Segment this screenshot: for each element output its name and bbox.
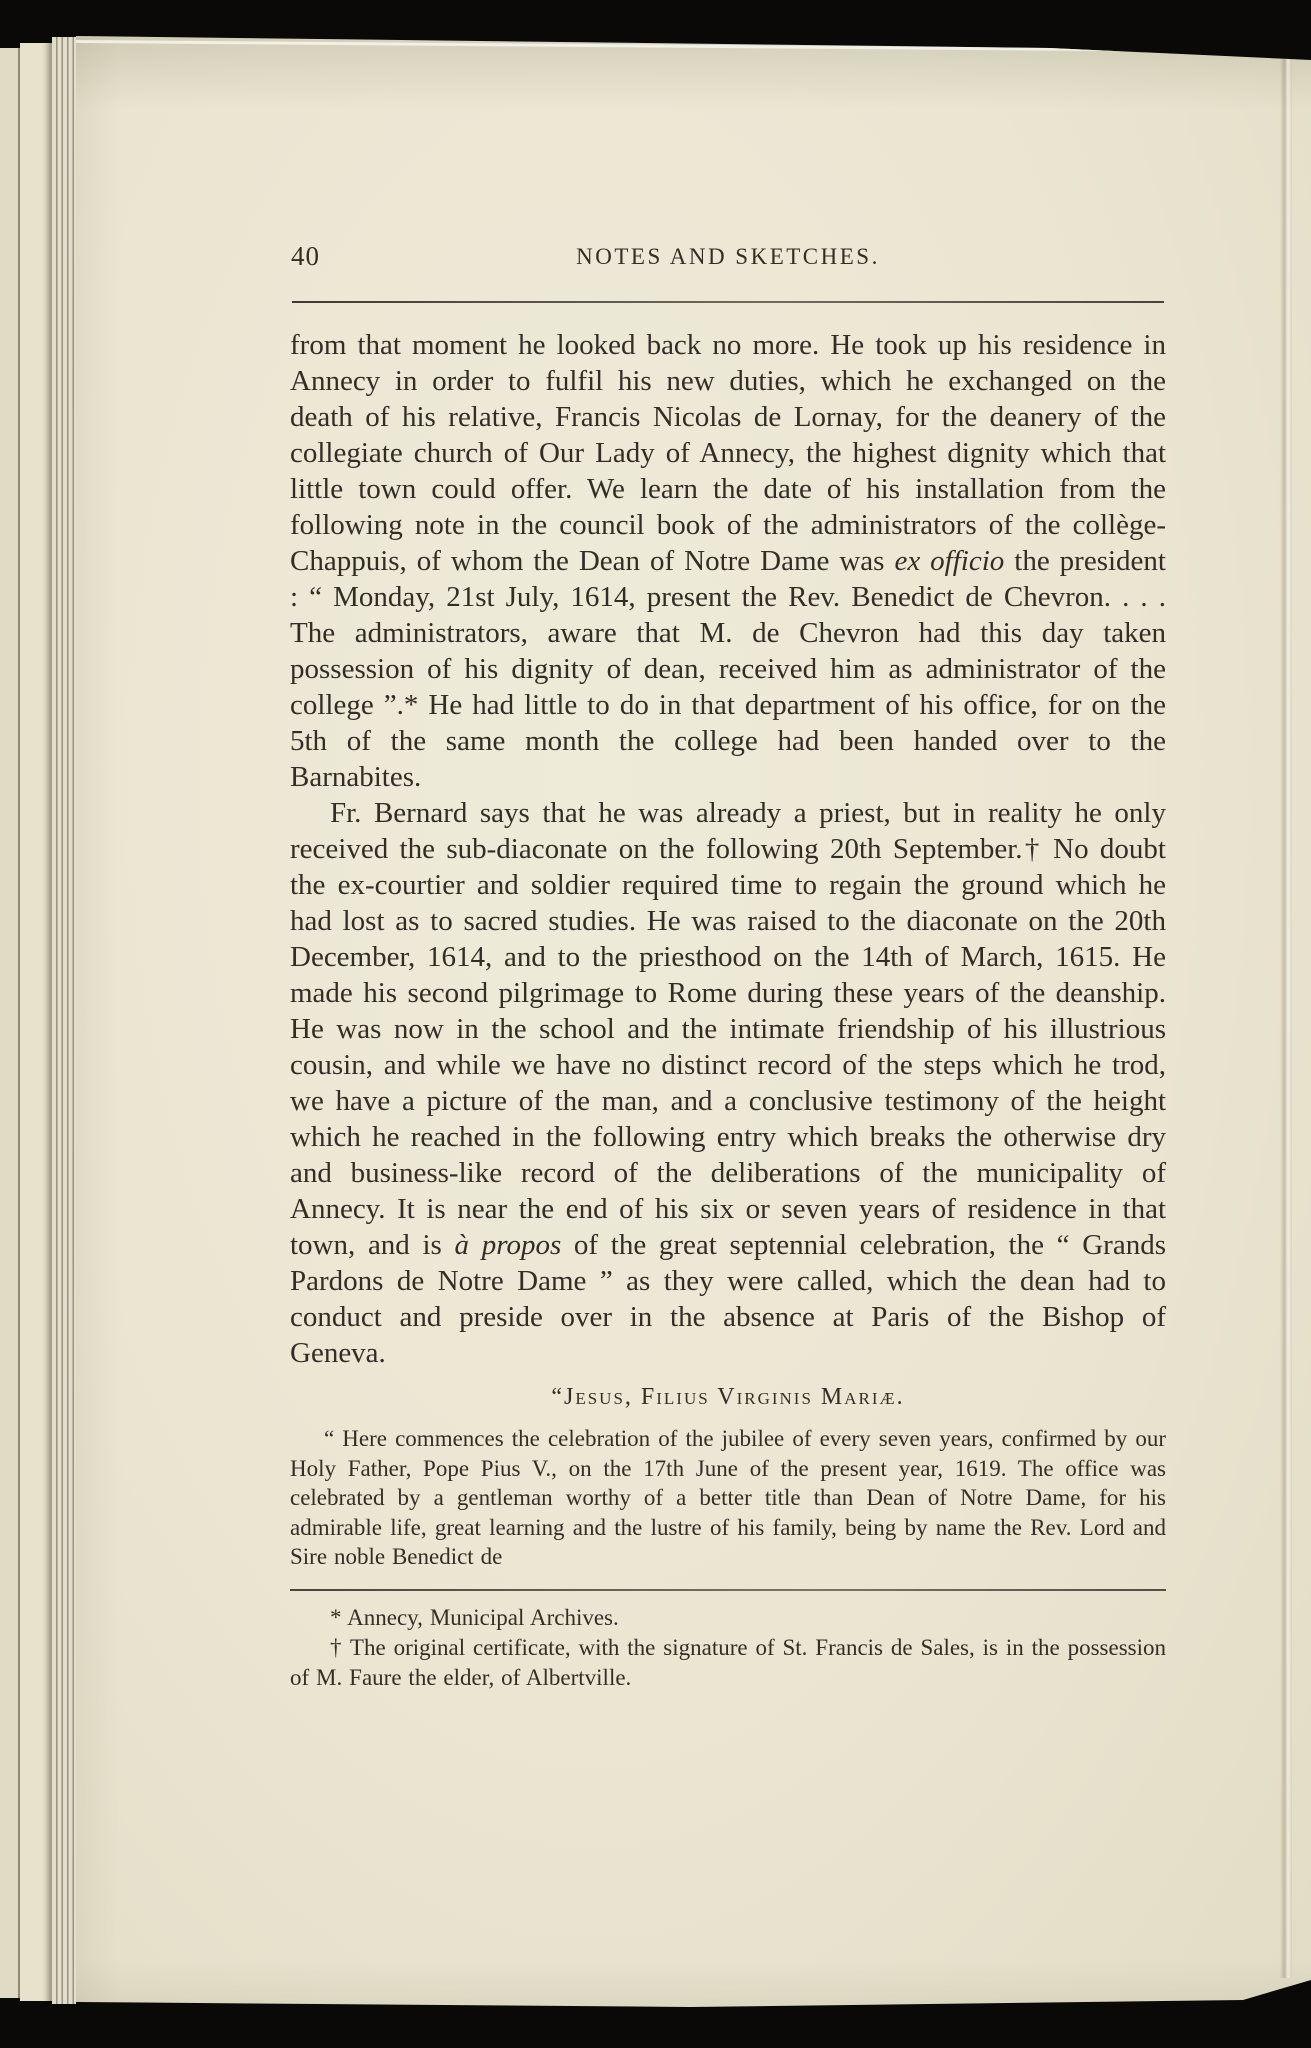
text-run: the president : “ Monday, 21st July, 161…	[290, 545, 1166, 793]
page-stack-edge-inner	[52, 37, 76, 2004]
scanned-book-photo: 40 NOTES AND SKETCHES. from that moment …	[0, 0, 1311, 2048]
body-paragraph-1: from that moment he looked back no more.…	[290, 327, 1166, 795]
running-head: 40 NOTES AND SKETCHES.	[290, 241, 1166, 273]
quote-paragraph: “ Here commences the celebration of the …	[290, 1424, 1166, 1572]
footnote-2: † The original certificate, with the sig…	[290, 1633, 1166, 1693]
header-rule	[292, 301, 1164, 303]
body-paragraph-2: Fr. Bernard says that he was already a p…	[290, 795, 1166, 1371]
page-stack-edge-middle	[20, 43, 52, 2001]
footnote-rule	[290, 1589, 1166, 1591]
text-run: Fr. Bernard says that he was already a p…	[290, 797, 1166, 1261]
italic-run: à propos	[455, 1229, 562, 1261]
page-fold-highlight	[1280, 58, 1292, 1978]
running-title: NOTES AND SKETCHES.	[290, 244, 1166, 270]
italic-run: ex officio	[894, 545, 1004, 577]
quote-heading: “Jesus, Filius Virginis Mariæ.	[290, 1381, 1166, 1413]
page-stack-edge-outer	[0, 48, 20, 1998]
footnotes: * Annecy, Municipal Archives. † The orig…	[290, 1603, 1166, 1693]
text-column: from that moment he looked back no more.…	[290, 327, 1166, 1693]
text-run: from that moment he looked back no more.…	[290, 329, 1166, 577]
footnote-1: * Annecy, Municipal Archives.	[290, 1603, 1166, 1633]
